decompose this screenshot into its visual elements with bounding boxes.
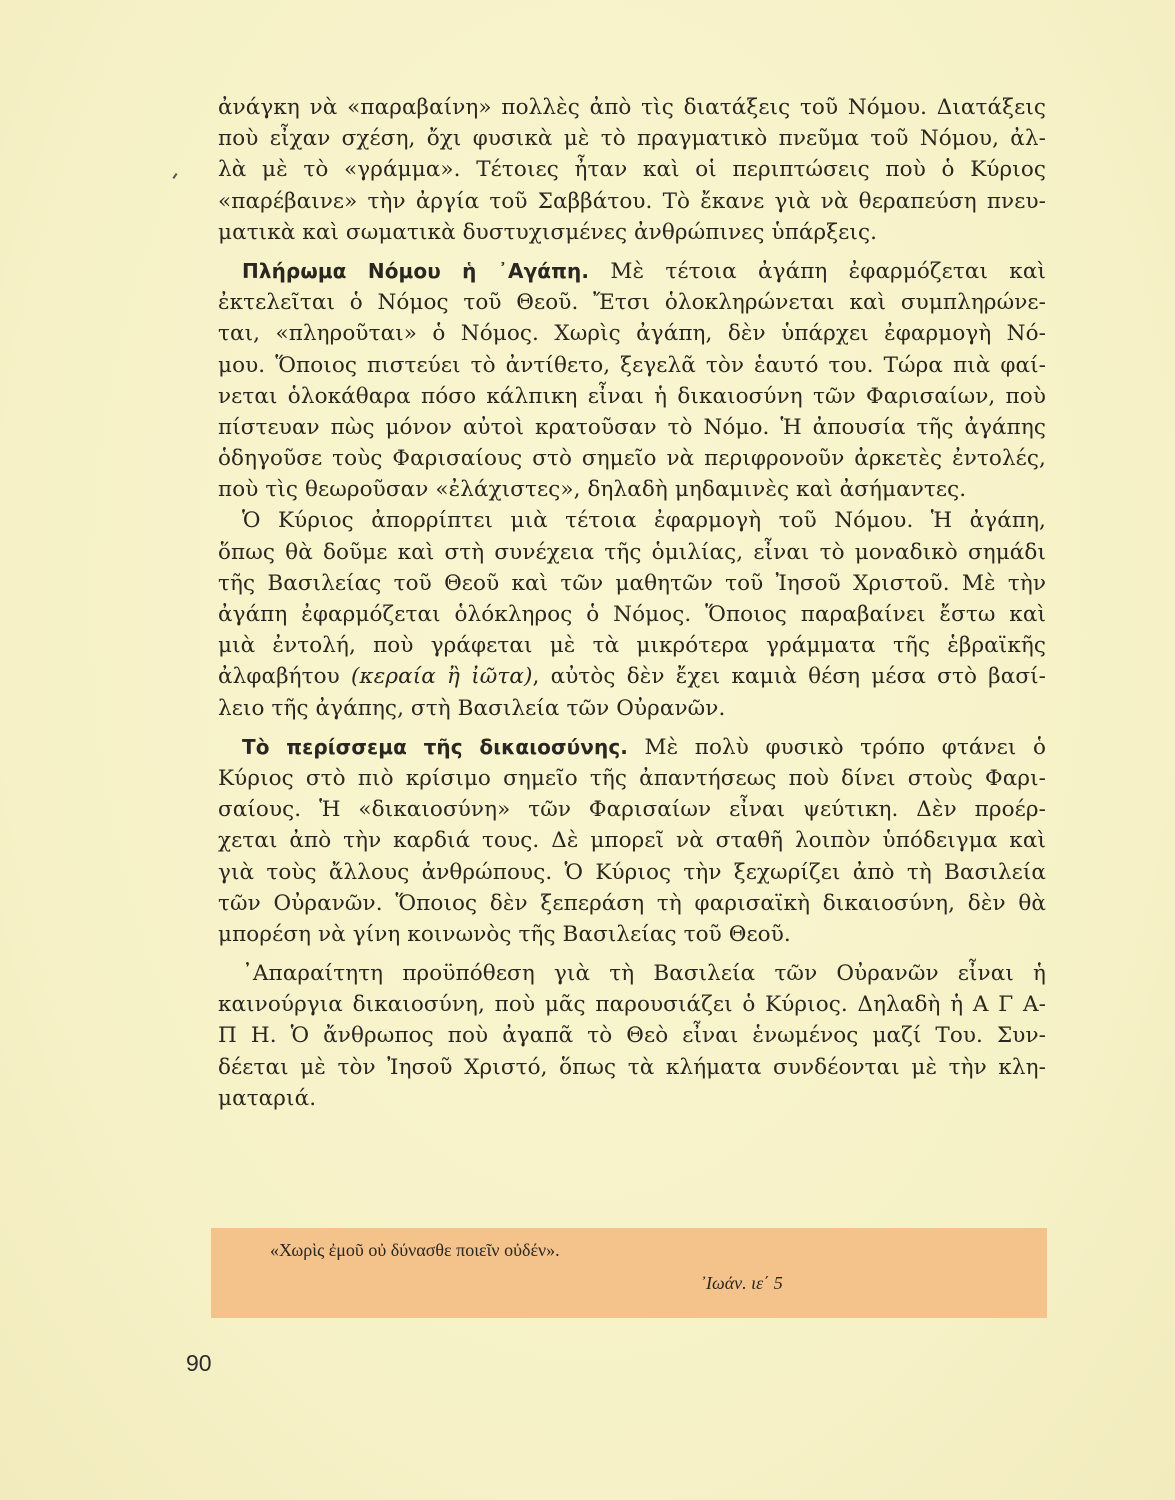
text-line: τῶν Οὐρανῶν. Ὅποιος δὲν ξεπεράση τὴ φαρι… [218, 888, 1046, 919]
text-line: Κύριος στὸ πιὸ κρίσιμο σημεῖο τῆς ἀπαντή… [218, 763, 1046, 794]
paragraph-1: ἀνάγκη νὰ «παραβαίνη» πολλὲς ἀπὸ τὶς δια… [218, 92, 1046, 248]
paragraph-2: Πλήρωμα Νόμου ἡ ᾿Αγάπη. Μὲ τέτοια ἀγάπη … [218, 256, 1046, 506]
text-line: Ὁ Κύριος ἀπορρίπτει μιὰ τέτοια ἐφαρμογὴ … [218, 505, 1046, 536]
paragraph-3: Ὁ Κύριος ἀπορρίπτει μιὰ τέτοια ἐφαρμογὴ … [218, 505, 1046, 723]
section-heading-love: Πλήρωμα Νόμου ἡ ᾿Αγάπη. [242, 259, 589, 283]
text-line: ἀλφαβήτου (κεραία ἢ ἰῶτα), αὐτὸς δὲν ἔχε… [218, 661, 1046, 692]
text-line: λειο τῆς ἀγάπης, στὴ Βασιλεία τῶν Οὐρανῶ… [218, 693, 1046, 724]
text-line: νεται ὁλοκάθαρα πόσο κάλπικη εἶναι ἡ δικ… [218, 381, 1046, 412]
text-line: λὰ μὲ τὸ «γράμμα». Τέτοιες ἦταν καὶ οἱ π… [218, 154, 1046, 185]
text-line: Τὸ περίσσεμα τῆς δικαιοσύνης. Μὲ πολὺ φυ… [218, 732, 1046, 763]
text-span: , αὐτὸς δὲν ἔχει καμιὰ θέση μέσα στὸ βασ… [532, 664, 1046, 689]
section-heading-righteousness: Τὸ περίσσεμα τῆς δικαιοσύνης. [242, 735, 628, 759]
body-text: ἀνάγκη νὰ «παραβαίνη» πολλὲς ἀπὸ τὶς δια… [218, 92, 1046, 1114]
page-number: 90 [186, 1350, 212, 1377]
paragraph-4: Τὸ περίσσεμα τῆς δικαιοσύνης. Μὲ πολὺ φυ… [218, 732, 1046, 950]
text-line: ματαριά. [218, 1083, 1046, 1114]
text-line: ἐκτελεῖται ὁ Νόμος τοῦ Θεοῦ. Ἔτσι ὁλοκλη… [218, 287, 1046, 318]
text-line: ται, «πληροῦται» ὁ Νόμος. Χωρὶς ἀγάπη, δ… [218, 318, 1046, 349]
text-line: μου. Ὅποιος πιστεύει τὸ ἀντίθετο, ξεγελᾶ… [218, 350, 1046, 381]
text-line: σαίους. Ἡ «δικαιοσύνη» τῶν Φαρισαίων εἶν… [218, 794, 1046, 825]
heading-line-rest: Μὲ τέτοια ἀγάπη ἐφαρμόζεται καὶ [589, 259, 1046, 284]
text-line: μπορέση νὰ γίνη κοινωνὸς τῆς Βασιλείας τ… [218, 919, 1046, 950]
text-line: ποὺ τὶς θεωροῦσαν «ἐλάχιστες», δηλαδὴ μη… [218, 474, 1046, 505]
text-line: χεται ἀπὸ τὴν καρδιά τους. Δὲ μπορεῖ νὰ … [218, 825, 1046, 856]
text-line: ποὺ εἶχαν σχέση, ὄχι φυσικὰ μὲ τὸ πραγμα… [218, 123, 1046, 154]
book-page: ἀνάγκη νὰ «παραβαίνη» πολλὲς ἀπὸ τὶς δια… [0, 0, 1175, 1500]
text-line: Πλήρωμα Νόμου ἡ ᾿Αγάπη. Μὲ τέτοια ἀγάπη … [218, 256, 1046, 287]
text-line: «παρέβαινε» τὴν ἀργία τοῦ Σαββάτου. Τὸ ἔ… [218, 186, 1046, 217]
text-line: ἀγάπη ἐφαρμόζεται ὁλόκληρος ὁ Νόμος. Ὅπο… [218, 599, 1046, 630]
italic-phrase: (κεραία ἢ ἰῶτα) [351, 664, 532, 689]
text-line: ὁδηγοῦσε τοὺς Φαρισαίους στὸ σημεῖο νὰ π… [218, 443, 1046, 474]
text-line: καινούργια δικαιοσύνη, ποὺ μᾶς παρουσιάζ… [218, 989, 1046, 1020]
text-line: ἀνάγκη νὰ «παραβαίνη» πολλὲς ἀπὸ τὶς δια… [218, 92, 1046, 123]
text-line: δέεται μὲ τὸν Ἰησοῦ Χριστό, ὅπως τὰ κλήμ… [218, 1052, 1046, 1083]
text-span: ἀλφαβήτου [218, 664, 351, 689]
text-line: ὅπως θὰ δοῦμε καὶ στὴ συνέχεια τῆς ὁμιλί… [218, 537, 1046, 568]
paragraph-5: ᾿Απαραίτητη προϋπόθεση γιὰ τὴ Βασιλεία τ… [218, 958, 1046, 1114]
text-line: μιὰ ἐντολή, ποὺ γράφεται μὲ τὰ μικρότερα… [218, 630, 1046, 661]
text-line: πίστευαν πὼς μόνον αὐτοὶ κρατοῦσαν τὸ Νό… [218, 412, 1046, 443]
quote-text: «Χωρὶς ἐμοῦ οὐ δύνασθε ποιεῖν οὐδέν». [270, 1240, 560, 1261]
text-line: ᾿Απαραίτητη προϋπόθεση γιὰ τὴ Βασιλεία τ… [218, 958, 1046, 989]
heading-line-rest: Μὲ πολὺ φυσικὸ τρόπο φτάνει ὁ [628, 735, 1046, 760]
text-line: Π Η. Ὁ ἄνθρωπος ποὺ ἀγαπᾶ τὸ Θεὸ εἶναι ἑ… [218, 1020, 1046, 1051]
margin-pencil-mark [172, 173, 177, 179]
text-line: ματικὰ καὶ σωματικὰ δυστυχισμένες ἀνθρώπ… [218, 217, 1046, 248]
text-line: τῆς Βασιλείας τοῦ Θεοῦ καὶ τῶν μαθητῶν τ… [218, 568, 1046, 599]
scripture-quote-box: «Χωρὶς ἐμοῦ οὐ δύνασθε ποιεῖν οὐδέν». ᾿Ι… [211, 1228, 1047, 1318]
text-line: γιὰ τοὺς ἄλλους ἀνθρώπους. Ὁ Κύριος τὴν … [218, 857, 1046, 888]
quote-reference: ᾿Ιωάν. ιε΄ 5 [700, 1273, 783, 1294]
